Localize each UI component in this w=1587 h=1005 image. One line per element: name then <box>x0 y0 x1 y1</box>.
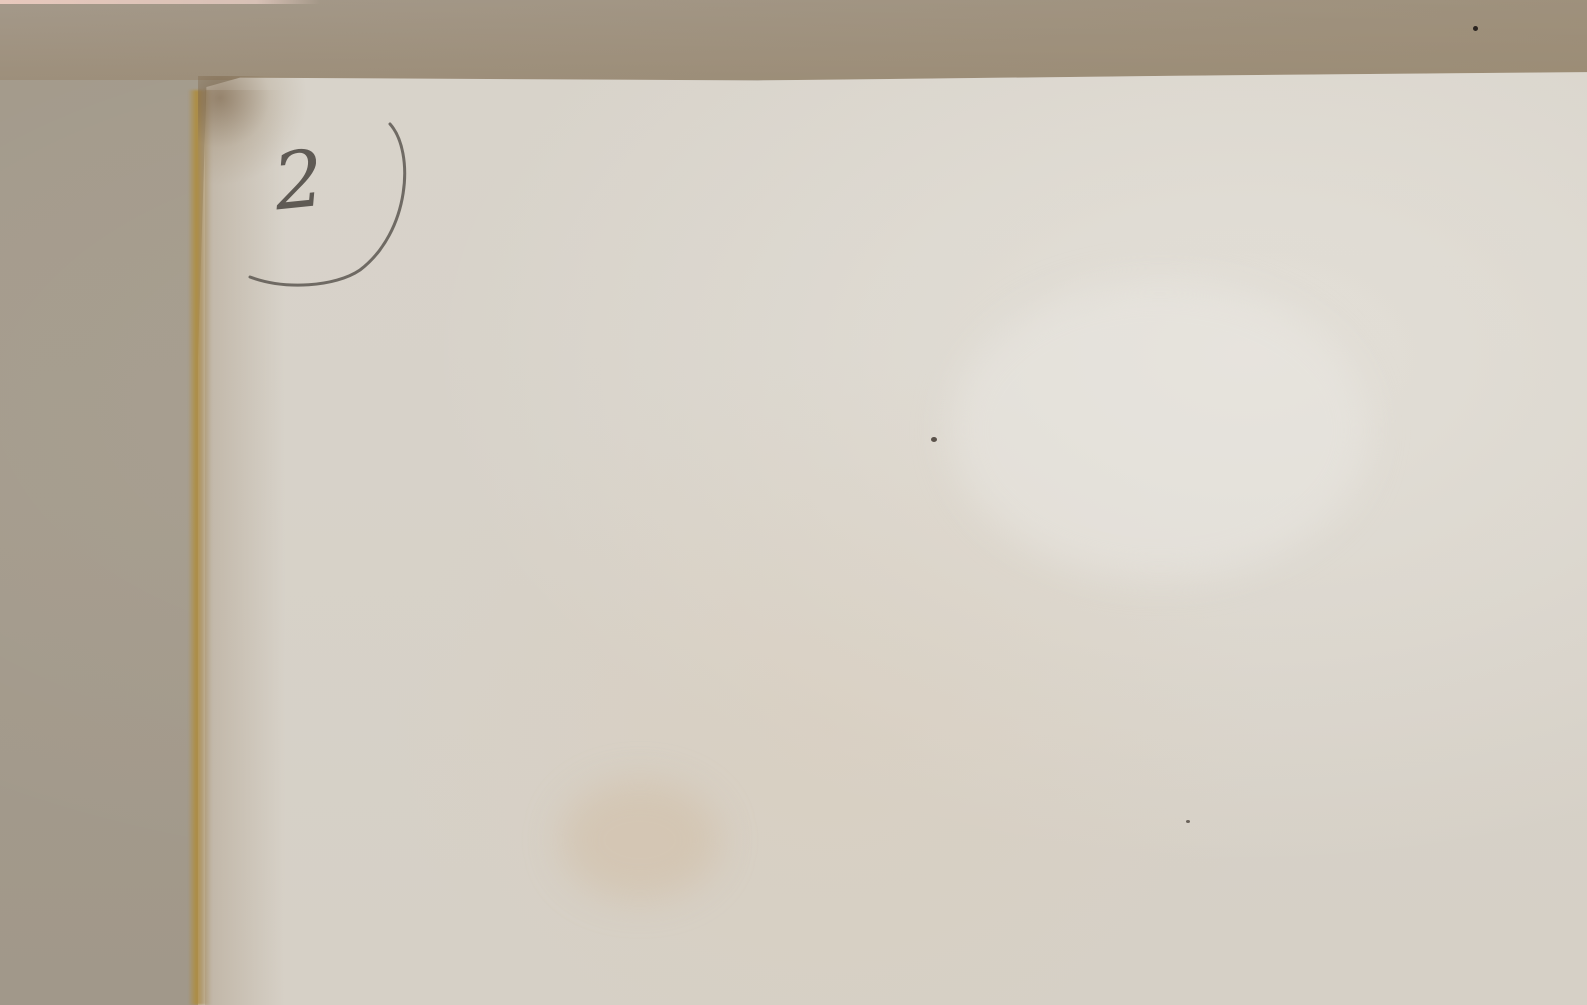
dust-speck <box>1473 26 1478 31</box>
handwritten-page-number: 2 <box>240 112 420 292</box>
paper-stain <box>560 780 720 900</box>
paper-stained-edge <box>188 90 212 1005</box>
paper-highlight <box>950 280 1370 580</box>
paper-speck <box>931 437 937 442</box>
top-edge-strip <box>0 0 320 4</box>
photo-scene: 2 <box>0 0 1587 1005</box>
circle-mark-icon <box>240 112 420 292</box>
paper-speck <box>1186 820 1190 823</box>
cardboard-shading <box>0 0 1587 80</box>
